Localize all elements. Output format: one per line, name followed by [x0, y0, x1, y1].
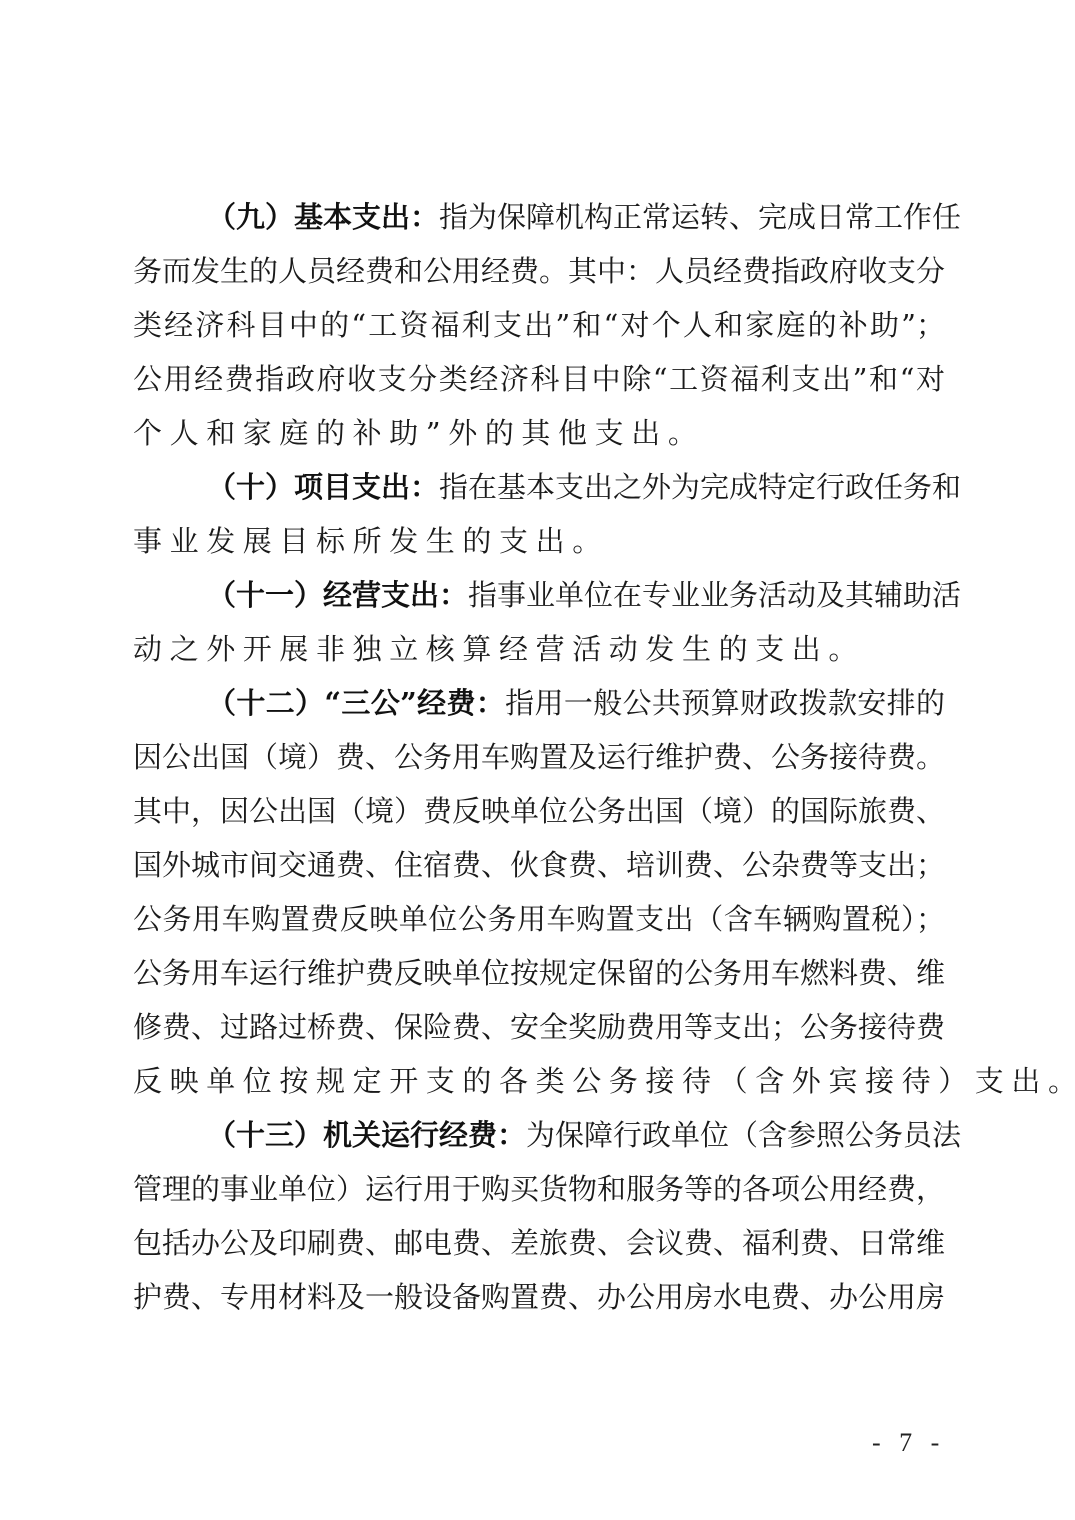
- paragraph-line: 反映单位按规定开支的各类公务接待（含外宾接待）支出。: [133, 1054, 945, 1108]
- paragraph-line: （九）基本支出：指为保障机构正常运转、完成日常工作任: [133, 190, 945, 244]
- paragraph-line: 包括办公及印刷费、邮电费、差旅费、会议费、福利费、日常维: [133, 1216, 945, 1270]
- paragraph-line: 个人和家庭的补助”外的其他支出。: [133, 406, 945, 460]
- paragraph-heading: （九）基本支出：: [207, 200, 439, 234]
- paragraph-line: 动之外开展非独立核算经营活动发生的支出。: [133, 622, 945, 676]
- paragraph-line: 类经济科目中的“工资福利支出”和“对个人和家庭的补助”；: [133, 298, 945, 352]
- paragraph-operating-expenditure: （十一）经营支出：指事业单位在专业业务活动及其辅助活 动之外开展非独立核算经营活…: [133, 568, 945, 676]
- paragraph-heading: （十二）“三公”经费：: [207, 686, 505, 720]
- paragraph-line: 公务用车购置费反映单位公务用车购置支出（含车辆购置税）；: [133, 892, 945, 946]
- paragraph-agency-operating-funds: （十三）机关运行经费：为保障行政单位（含参照公务员法 管理的事业单位）运行用于购…: [133, 1108, 945, 1324]
- paragraph-line: 护费、专用材料及一般设备购置费、办公用房水电费、办公用房: [133, 1270, 945, 1324]
- paragraph-line: 公务用车运行维护费反映单位按规定保留的公务用车燃料费、维: [133, 946, 945, 1000]
- paragraph-line: 其中，因公出国（境）费反映单位公务出国（境）的国际旅费、: [133, 784, 945, 838]
- paragraph-line: （十一）经营支出：指事业单位在专业业务活动及其辅助活: [133, 568, 945, 622]
- paragraph-line: 国外城市间交通费、住宿费、伙食费、培训费、公杂费等支出；: [133, 838, 945, 892]
- paragraph-line: （十）项目支出：指在基本支出之外为完成特定行政任务和: [133, 460, 945, 514]
- paragraph-line: 修费、过路过桥费、保险费、安全奖励费用等支出；公务接待费: [133, 1000, 945, 1054]
- paragraph-project-expenditure: （十）项目支出：指在基本支出之外为完成特定行政任务和 事业发展目标所发生的支出。: [133, 460, 945, 568]
- paragraph-three-public-funds: （十二）“三公”经费：指用一般公共预算财政拨款安排的 因公出国（境）费、公务用车…: [133, 676, 945, 1108]
- page-number: - 7 -: [872, 1428, 945, 1458]
- paragraph-basic-expenditure: （九）基本支出：指为保障机构正常运转、完成日常工作任 务而发生的人员经费和公用经…: [133, 190, 945, 460]
- document-body: （九）基本支出：指为保障机构正常运转、完成日常工作任 务而发生的人员经费和公用经…: [133, 190, 945, 1324]
- paragraph-line: 因公出国（境）费、公务用车购置及运行维护费、公务接待费。: [133, 730, 945, 784]
- paragraph-line: 管理的事业单位）运行用于购买货物和服务等的各项公用经费，: [133, 1162, 945, 1216]
- paragraph-line: （十三）机关运行经费：为保障行政单位（含参照公务员法: [133, 1108, 945, 1162]
- paragraph-line: 事业发展目标所发生的支出。: [133, 514, 945, 568]
- paragraph-line: 务而发生的人员经费和公用经费。其中：人员经费指政府收支分: [133, 244, 945, 298]
- paragraph-line: （十二）“三公”经费：指用一般公共预算财政拨款安排的: [133, 676, 945, 730]
- paragraph-line: 公用经费指政府收支分类经济科目中除“工资福利支出”和“对: [133, 352, 945, 406]
- paragraph-heading: （十）项目支出：: [207, 470, 439, 504]
- paragraph-heading: （十三）机关运行经费：: [207, 1118, 526, 1152]
- document-page: （九）基本支出：指为保障机构正常运转、完成日常工作任 务而发生的人员经费和公用经…: [0, 0, 1075, 1520]
- paragraph-heading: （十一）经营支出：: [207, 578, 468, 612]
